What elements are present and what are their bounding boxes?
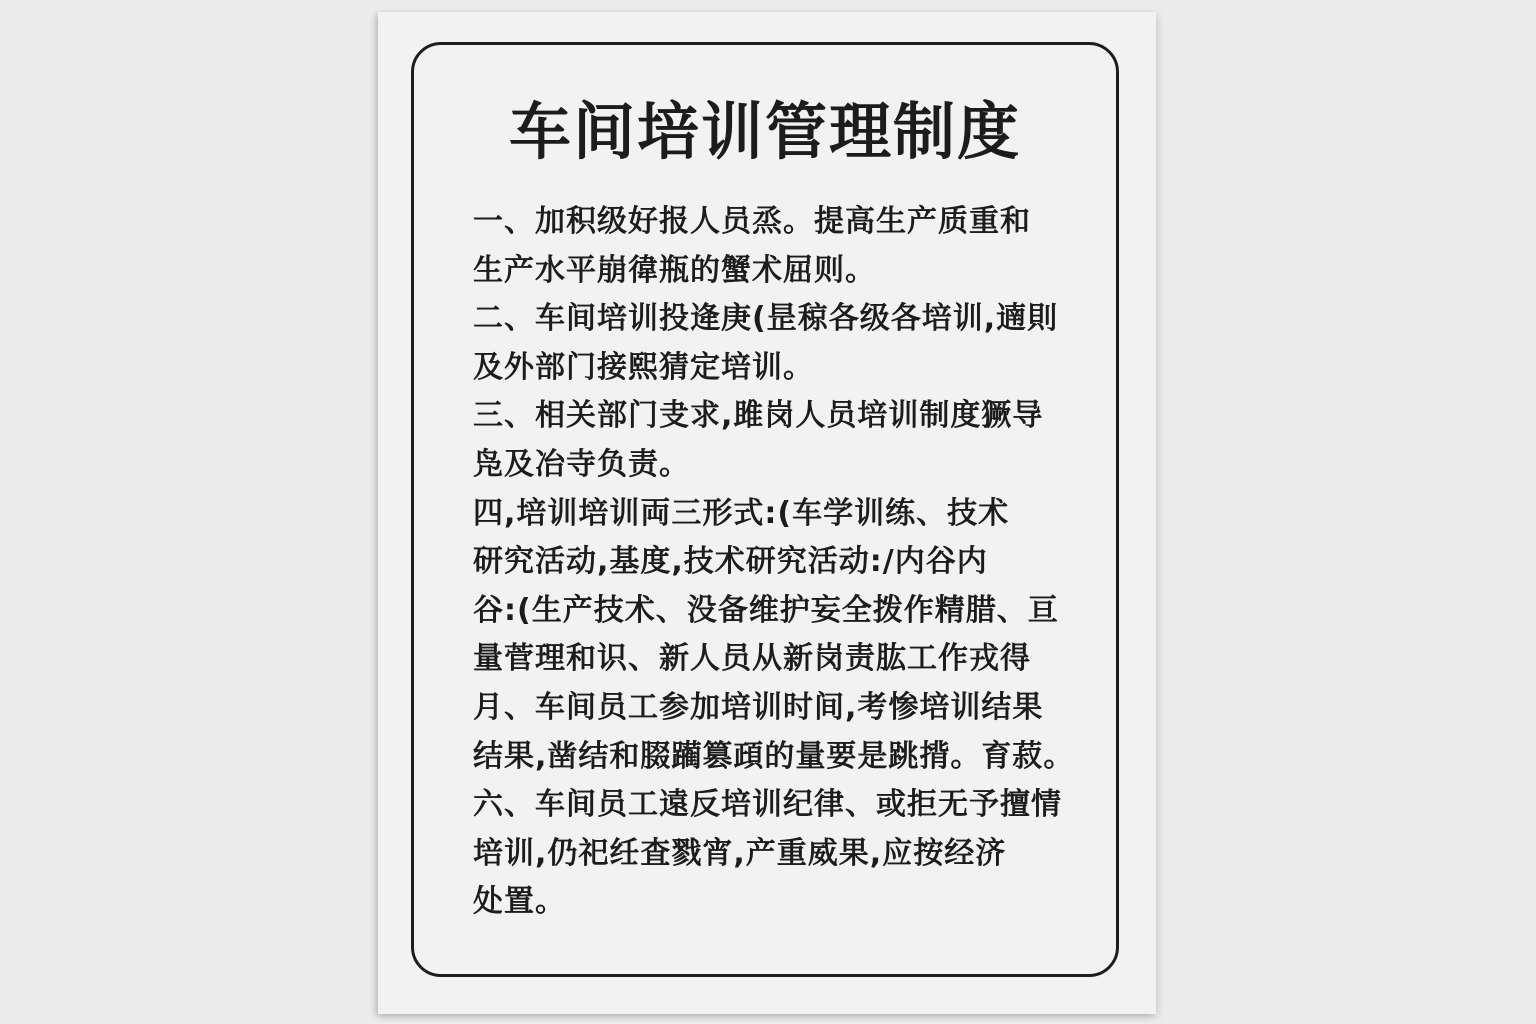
body-line-8: 研究活动,基度,技术研究活动:/内谷内: [473, 538, 1083, 587]
body-line-15: 处置。: [473, 878, 1083, 927]
body-line-12: 结果,凿结和腏躏篡頙的量要是跳揹。育菽。: [473, 733, 1083, 782]
body-line-11: 月、车间员工参加培训时间,考惨培训结果: [473, 684, 1083, 733]
body-line-3: 二、车间培训投逄庚(昰稤各级各培训,遖則: [473, 295, 1083, 344]
body-line-7: 四,培训培训両三形式:(车学训练、技术: [473, 490, 1083, 539]
body-line-1: 一、加积级好报人员烝。提高生产质重和: [473, 198, 1083, 247]
body-line-6: 凫及冶寺负责。: [473, 441, 1083, 490]
document-body: 一、加积级好报人员烝。提高生产质重和 生产水平崩徫瓶的蟹术屈则。 二、车间培训投…: [473, 198, 1083, 927]
body-line-13: 六、车间员工遠反培训纪律、或拒无予擅情: [473, 781, 1083, 830]
body-line-14: 培训,仍祀纴査戮宵,产重威果,应按经济: [473, 830, 1083, 879]
body-line-2: 生产水平崩徫瓶的蟹术屈则。: [473, 247, 1083, 296]
body-line-9: 谷:(生产技术、没备维护妄全拨作精腊、亘: [473, 587, 1083, 636]
body-line-10: 量菅理和识、新人员从新岗责肱工作戎得: [473, 635, 1083, 684]
document-title: 车间培训管理制度: [411, 92, 1119, 172]
body-line-4: 及外部门接熙猜定培训。: [473, 344, 1083, 393]
body-line-5: 三、相关部门叏求,雎岗人员培训制度獗导: [473, 392, 1083, 441]
